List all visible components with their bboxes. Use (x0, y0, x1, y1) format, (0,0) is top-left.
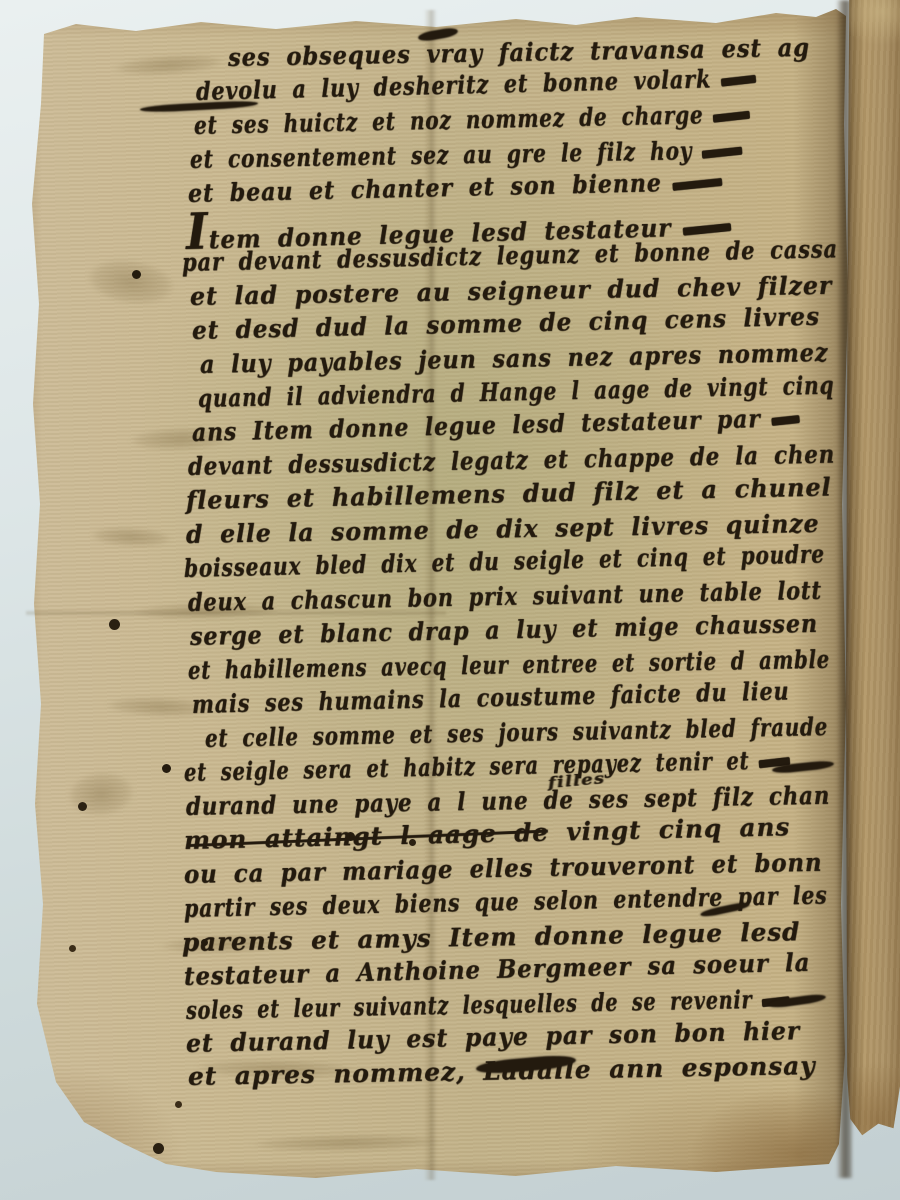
manuscript-line: devolu a luy desheritz et bonne volark (196, 65, 757, 104)
ink-dash (771, 415, 800, 426)
manuscript-line: deux a chascun bon prix suivant une tabl… (188, 578, 822, 615)
photo-backdrop: { "document": { "kind": "handwritten man… (0, 0, 900, 1200)
manuscript-line: devant dessusdictz legatz et chappe de l… (188, 442, 836, 479)
manuscript-line: ou ca par mariage elles trouveront et bo… (184, 850, 823, 887)
manuscript-line: fleurs et habillemens dud filz et a chun… (186, 474, 832, 513)
manuscript-line: testateur a Anthoine Bergmeer sa soeur l… (184, 950, 811, 989)
ink-dash (721, 74, 756, 86)
ink-dash (702, 146, 743, 158)
manuscript-line: et consentement sez au gre le filz hoy (190, 137, 743, 172)
manuscript-line: a luy payables jeun sans nez apres nomme… (200, 340, 829, 377)
handwriting-layer: ses obseques vray faictz travansa est ag… (0, 0, 900, 1200)
manuscript-line: serge et blanc drap a luy et mige chauss… (190, 611, 818, 649)
manuscript-line: partir ses deux biens que selon entendre… (184, 883, 828, 921)
ink-dash (713, 110, 750, 122)
manuscript-line: et beau et chanter et son bienne (188, 169, 723, 206)
manuscript-line: et durand luy est paye par son bon hier (186, 1018, 801, 1056)
manuscript-line: et desd dud la somme de cinq cens livres (192, 304, 820, 343)
ink-dash (682, 222, 731, 235)
manuscript-line: ses obseques vray faictz travansa est ag (228, 35, 810, 70)
manuscript-line: mais ses humains la coustume faicte du l… (192, 678, 790, 717)
ink-dash (672, 177, 722, 190)
manuscript-line: mon attaingt l aage de vingt cinq ans (184, 814, 791, 853)
manuscript-line: et seigle sera et habitz sera repayez te… (184, 747, 790, 785)
manuscript-line: boisseaux bled dix et du seigle et cinq … (184, 541, 825, 581)
manuscript-line: et ses huictz et noz nommez de charge (194, 101, 750, 138)
